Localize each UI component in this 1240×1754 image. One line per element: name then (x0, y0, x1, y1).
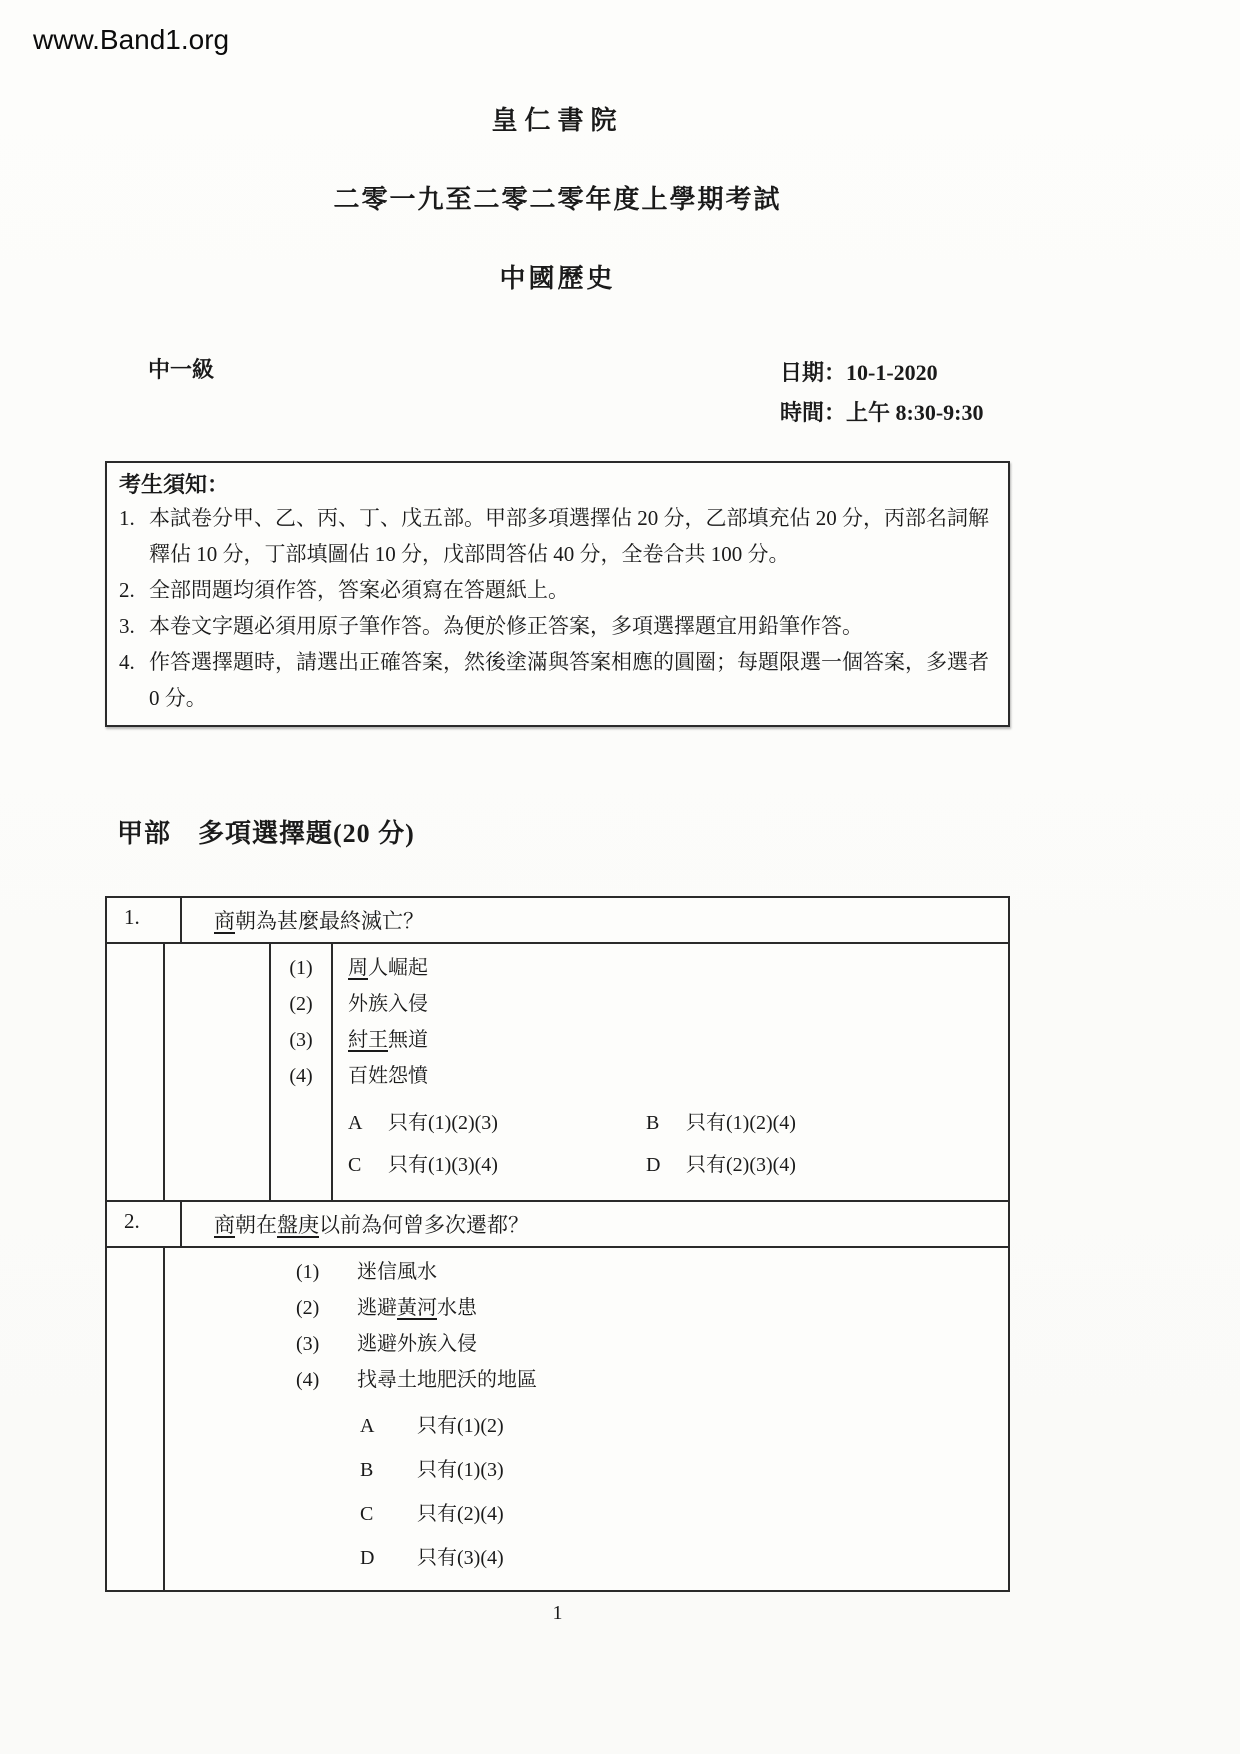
question-row: 2.商朝在盤庚以前為何曾多次遷都？(1)迷信風水(2)逃避黃河水患(3)逃避外族… (107, 1200, 1008, 1590)
exam-session: 二零一九至二零二零年度上學期考試 (105, 179, 1010, 216)
plain-options: (1)迷信風水(2)逃避黃河水患(3)逃避外族入侵(4)找尋土地肥沃的地區A只有… (165, 1248, 1008, 1590)
option-row: (3)逃避外族入侵 (165, 1326, 1008, 1362)
choice-row: D只有(3)(4) (165, 1536, 1008, 1580)
text-segment: 水患 (437, 1297, 477, 1319)
option-text-column: 周人崛起外族入侵紂王無道百姓怨憤A只有(1)(2)(3)B只有(1)(2)(4)… (333, 944, 1008, 1200)
exam-date: 日期：10-1-2020 (780, 353, 985, 393)
notice-item-number: 1. (119, 500, 149, 572)
choice-text: 只有(1)(3) (417, 1448, 504, 1492)
underlined-term: 盤庚 (277, 1213, 319, 1237)
underlined-term: 周 (348, 957, 368, 979)
option-text: 逃避外族入侵 (357, 1326, 477, 1362)
choice-letter: A (360, 1404, 417, 1448)
option-label: (2) (296, 1290, 342, 1326)
notice-item-text: 作答選擇題時，請選出正確答案，然後塗滿與答案相應的圓圈；每題限選一個答案，多選者… (149, 644, 994, 716)
option-text: 找尋土地肥沃的地區 (357, 1362, 537, 1398)
question-number: 1. (107, 898, 182, 942)
choice-letter: A (348, 1102, 388, 1144)
choice-letter: D (646, 1144, 686, 1186)
choice-text: 只有(1)(2)(4) (686, 1102, 796, 1144)
notice-item: 2.全部問題均須作答，答案必須寫在答題紙上。 (119, 572, 994, 608)
text-segment: 逃避 (357, 1297, 397, 1319)
underlined-term: 商 (214, 1213, 235, 1237)
option-text: 百姓怨憤 (348, 1058, 1008, 1094)
underlined-term: 紂王 (348, 1029, 388, 1051)
answer-choice: C只有(2)(4) (360, 1492, 504, 1536)
question-body-row: (1)(2)(3)(4)周人崛起外族入侵紂王無道百姓怨憤A只有(1)(2)(3)… (107, 944, 1008, 1200)
option-text: 迷信風水 (357, 1254, 437, 1290)
question-number-spacer (107, 944, 165, 1200)
notice-box: 考生須知： 1.本試卷分甲、乙、丙、丁、戊五部。甲部多項選擇佔 20 分，乙部填… (105, 461, 1010, 727)
option-label: (1) (271, 950, 331, 986)
answer-choice: C只有(1)(3)(4) (348, 1144, 646, 1186)
class-level: 中一級 (148, 353, 214, 433)
answer-choice: D只有(3)(4) (360, 1536, 504, 1580)
text-segment: 找尋土地肥沃的地區 (357, 1369, 537, 1391)
option-label: (1) (296, 1254, 342, 1290)
choice-row: C只有(1)(3)(4)D只有(2)(3)(4) (348, 1144, 1008, 1186)
question-row: 1.商朝為甚麼最終滅亡？(1)(2)(3)(4)周人崛起外族入侵紂王無道百姓怨憤… (107, 898, 1008, 1200)
text-segment: 以前為何曾多次遷都？ (319, 1213, 529, 1237)
question-stem: 商朝為甚麼最終滅亡？ (182, 898, 1008, 942)
text-segment: 朝為甚麼最終滅亡？ (235, 909, 424, 933)
option-row: (2)逃避黃河水患 (165, 1290, 1008, 1326)
question-number-spacer (107, 1248, 165, 1590)
notice-item-number: 4. (119, 644, 149, 716)
option-text: 逃避黃河水患 (357, 1290, 477, 1326)
question-body: (1)(2)(3)(4)周人崛起外族入侵紂王無道百姓怨憤A只有(1)(2)(3)… (165, 944, 1008, 1200)
notice-heading: 考生須知： (119, 470, 994, 500)
mc-question-table: 1.商朝為甚麼最終滅亡？(1)(2)(3)(4)周人崛起外族入侵紂王無道百姓怨憤… (105, 896, 1010, 1592)
choice-row: B只有(1)(3) (165, 1448, 1008, 1492)
boxed-options: (1)(2)(3)(4)周人崛起外族入侵紂王無道百姓怨憤A只有(1)(2)(3)… (165, 944, 1008, 1200)
answer-choice: B只有(1)(2)(4) (646, 1102, 944, 1144)
notice-item-list: 1.本試卷分甲、乙、丙、丁、戊五部。甲部多項選擇佔 20 分，乙部填充佔 20 … (119, 500, 994, 716)
answer-choice: B只有(1)(3) (360, 1448, 504, 1492)
answer-choice: A只有(1)(2) (360, 1404, 504, 1448)
option-row: (4)找尋土地肥沃的地區 (165, 1362, 1008, 1398)
choice-row: A只有(1)(2) (165, 1404, 1008, 1448)
notice-item: 4.作答選擇題時，請選出正確答案，然後塗滿與答案相應的圓圈；每題限選一個答案，多… (119, 644, 994, 716)
page-number: 1 (105, 1602, 1010, 1625)
choice-text: 只有(1)(2)(3) (388, 1102, 498, 1144)
exam-time: 時間：上午 8:30-9:30 (780, 393, 985, 433)
option-label: (3) (271, 1022, 331, 1058)
option-text: 外族入侵 (348, 986, 1008, 1022)
option-label: (3) (296, 1326, 342, 1362)
notice-item: 3.本卷文字題必須用原子筆作答。為便於修正答案，多項選擇題宜用鉛筆作答。 (119, 608, 994, 644)
options-indent-spacer (165, 944, 269, 1200)
text-segment: 朝在 (235, 1213, 277, 1237)
choice-text: 只有(3)(4) (417, 1536, 504, 1580)
notice-item-number: 3. (119, 608, 149, 644)
question-number: 2. (107, 1202, 182, 1246)
option-label: (4) (271, 1058, 331, 1094)
answer-choices: A只有(1)(2)B只有(1)(3)C只有(2)(4)D只有(3)(4) (165, 1404, 1008, 1582)
notice-item-text: 本卷文字題必須用原子筆作答。為便於修正答案，多項選擇題宜用鉛筆作答。 (149, 608, 994, 644)
choice-text: 只有(2)(3)(4) (686, 1144, 796, 1186)
question-stem-row: 1.商朝為甚麼最終滅亡？ (107, 898, 1008, 944)
option-label: (4) (296, 1362, 342, 1398)
answer-choices: A只有(1)(2)(3)B只有(1)(2)(4)C只有(1)(3)(4)D只有(… (348, 1102, 1008, 1186)
question-body-row: (1)迷信風水(2)逃避黃河水患(3)逃避外族入侵(4)找尋土地肥沃的地區A只有… (107, 1248, 1008, 1590)
notice-item-number: 2. (119, 572, 149, 608)
question-stem: 商朝在盤庚以前為何曾多次遷都？ (182, 1202, 1008, 1246)
text-segment: 迷信風水 (357, 1261, 437, 1283)
question-stem-row: 2.商朝在盤庚以前為何曾多次遷都？ (107, 1202, 1008, 1248)
choice-text: 只有(2)(4) (417, 1492, 504, 1536)
option-row: (1)迷信風水 (165, 1254, 1008, 1290)
choice-letter: B (360, 1448, 417, 1492)
choice-text: 只有(1)(3)(4) (388, 1144, 498, 1186)
option-number-column: (1)(2)(3)(4) (269, 944, 333, 1200)
option-text: 紂王無道 (348, 1022, 1008, 1058)
answer-choice: A只有(1)(2)(3) (348, 1102, 646, 1144)
underlined-term: 黃河 (397, 1297, 437, 1319)
page-content: 皇仁書院 二零一九至二零二零年度上學期考試 中國歷史 中一級 日期：10-1-2… (105, 0, 1010, 1625)
option-label: (2) (271, 986, 331, 1022)
answer-choice: D只有(2)(3)(4) (646, 1144, 944, 1186)
text-segment: 百姓怨憤 (348, 1065, 428, 1087)
choice-letter: C (348, 1144, 388, 1186)
choice-text: 只有(1)(2) (417, 1404, 504, 1448)
question-body: (1)迷信風水(2)逃避黃河水患(3)逃避外族入侵(4)找尋土地肥沃的地區A只有… (165, 1248, 1008, 1590)
section-heading: 甲部 多項選擇題(20 分) (105, 813, 1010, 850)
exam-page: www.Band1.org 皇仁書院 二零一九至二零二零年度上學期考試 中國歷史… (0, 0, 1240, 1754)
underlined-term: 商 (214, 909, 235, 933)
choice-row: A只有(1)(2)(3)B只有(1)(2)(4) (348, 1102, 1008, 1144)
date-time-block: 日期：10-1-2020 時間：上午 8:30-9:30 (780, 353, 985, 433)
notice-item: 1.本試卷分甲、乙、丙、丁、戊五部。甲部多項選擇佔 20 分，乙部填充佔 20 … (119, 500, 994, 572)
text-segment: 外族入侵 (348, 993, 428, 1015)
meta-row: 中一級 日期：10-1-2020 時間：上午 8:30-9:30 (105, 353, 1010, 433)
choice-row: C只有(2)(4) (165, 1492, 1008, 1536)
choice-letter: B (646, 1102, 686, 1144)
notice-item-text: 全部問題均須作答，答案必須寫在答題紙上。 (149, 572, 994, 608)
choice-letter: C (360, 1492, 417, 1536)
option-text: 周人崛起 (348, 950, 1008, 986)
text-segment: 逃避外族入侵 (357, 1333, 477, 1355)
notice-item-text: 本試卷分甲、乙、丙、丁、戊五部。甲部多項選擇佔 20 分，乙部填充佔 20 分，… (149, 500, 994, 572)
text-segment: 人崛起 (368, 957, 428, 979)
school-name: 皇仁書院 (105, 100, 1010, 137)
choice-letter: D (360, 1536, 417, 1580)
subject-title: 中國歷史 (105, 258, 1010, 295)
text-segment: 無道 (388, 1029, 428, 1051)
